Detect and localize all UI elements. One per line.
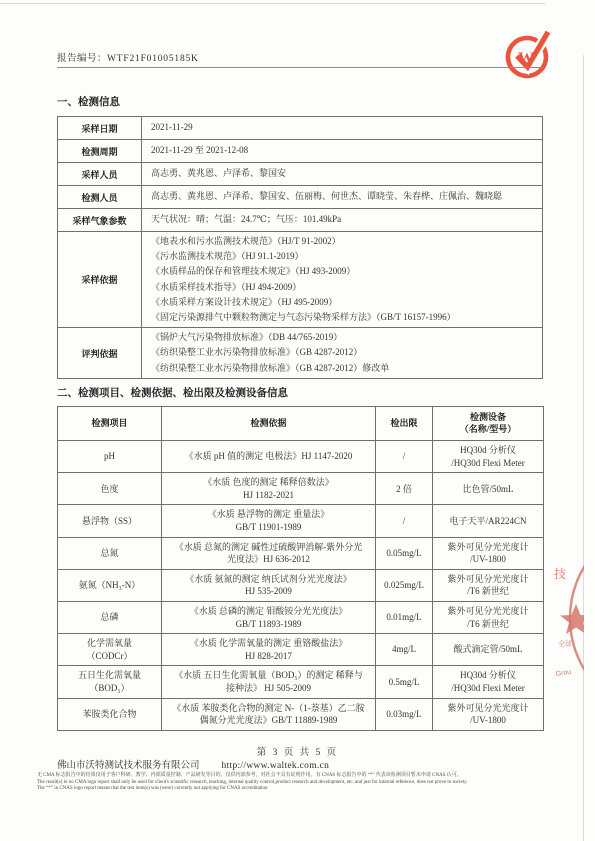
seal-char-top: 技 [554,566,566,581]
item-cell: 总氮 [58,537,162,569]
info-row: 采样气象参数天气状况：晴；气温：24.7℃；气压：101.49kPa [58,209,543,232]
info-value-cell: 2021-11-29 至 2021-12-08 [142,140,543,163]
info-label-cell: 采样人员 [58,163,142,186]
item-cell: pH [58,441,162,473]
item-cell: 悬浮物（SS） [58,505,162,537]
limit-cell: / [376,505,433,537]
method-cell: 《水质 氨氮的测定 纳氏试剂分光光度法》 HJ 535-2009 [162,569,376,601]
test-table-body: 检测项目 检测依据 检出限 检测设备 （名称/型号） pH《水质 pH 值的测定… [58,406,544,730]
header-method: 检测依据 [162,406,376,440]
limit-cell: 0.5mg/L [376,666,433,698]
section1-title: 一、检测信息 [57,94,543,109]
method-cell: 《水质 苯胺类化合物的测定 N-（1-萘基）乙二胺 偶氮分光光度法》GB/T 1… [162,698,376,730]
section2-title: 二、检测项目、检测依据、检出限及检测设备信息 [57,385,543,400]
company-seal-partial: 技 全球 Grou [550,542,584,694]
limit-cell: 2 倍 [376,473,433,505]
info-row: 检测人员高志勇、黄兆恩、卢泽希、黎国安、伍丽梅、何世杰、谭晓莹、朱春桦、庄佩治、… [58,186,543,209]
header-device: 检测设备 （名称/型号） [433,406,544,440]
header-item: 检测项目 [58,406,162,440]
scan-edge-top [0,3,545,4]
method-cell: 《水质 五日生化需氧量（BOD₅）的测定 稀释与 接种法》 HJ 505-200… [162,666,376,698]
test-row: 化学需氧量 （CODCr）《水质 化学需氧量的测定 重铬酸盐法》 HJ 828-… [58,634,544,666]
method-cell: 《水质 总氮的测定 碱性过硫酸钾消解-紫外分光 光度法》HJ 636-2012 [162,537,376,569]
info-row: 采样人员高志勇、黄兆恩、卢泽希、黎国安 [58,163,543,186]
item-cell: 色度 [58,473,162,505]
legal-fine-print: 无 CMA 标志报告中的结果仅用于客户科研、教学、内部质量控制、产品研发等目的，… [37,773,581,793]
limit-cell: 0.05mg/L [376,537,433,569]
device-cell: 紫外可见分光光度计 /T6 新世纪 [433,569,544,601]
scanned-report-page: { "header": { "report_no_label": "报告编号："… [0,0,595,841]
seal-text-bottom: Grou [555,669,571,678]
info-value-cell: 《锅炉大气污染物排放标准》（DB 44/765-2019） 《纺织染整工业水污染… [142,328,543,379]
item-cell: 氨氮（NH₃-N） [58,569,162,601]
limit-cell: 4mg/L [376,634,433,666]
seal-chars-mid: 全球 [558,639,572,648]
info-label-cell: 采样气象参数 [58,209,142,232]
method-cell: 《水质 总磷的测定 钼酸铵分光光度法》 GB/T 11893-1989 [162,601,376,633]
report-number-line: 报告编号：WTF21F01005185K [57,50,543,68]
device-cell: 紫外可见分光光度计 /UV-1800 [433,698,544,730]
info-label-cell: 采样日期 [58,117,142,140]
test-row: 苯胺类化合物《水质 苯胺类化合物的测定 N-（1-萘基）乙二胺 偶氮分光光度法》… [58,698,544,730]
limit-cell: 0.025mg/L [376,569,433,601]
item-cell: 五日生化需氧量 （BOD₅） [58,666,162,698]
info-value-cell: 高志勇、黄兆恩、卢泽希、黎国安、伍丽梅、何世杰、谭晓莹、朱春桦、庄佩治、魏晓聪 [142,186,543,209]
test-table-header-row: 检测项目 检测依据 检出限 检测设备 （名称/型号） [58,406,544,440]
page-content: 报告编号：WTF21F01005185K 一、检测信息 采样日期2021-11-… [57,50,543,731]
page-number: 第 3 页 共 5 页 [0,744,595,758]
method-cell: 《水质 色度的测定 稀释倍数法》 HJ 1182-2021 [162,473,376,505]
method-cell: 《水质 悬浮物的测定 重量法》 GB/T 11901-1989 [162,505,376,537]
footer-company-line: 佛山市沃特测试技术服务有限公司http://www.waltek.com.cn [57,757,329,771]
company-name: 佛山市沃特测试技术服务有限公司 [57,761,200,771]
item-cell: 总磷 [58,601,162,633]
test-row: 悬浮物（SS）《水质 悬浮物的测定 重量法》 GB/T 11901-1989/电… [58,505,544,537]
device-cell: 电子天平/AR224CN [433,505,544,537]
test-row: 总磷《水质 总磷的测定 钼酸铵分光光度法》 GB/T 11893-19890.0… [58,601,544,633]
device-cell: HQ30d 分析仪 /HQ30d Flexi Meter [433,441,544,473]
limit-cell: / [376,441,433,473]
device-cell: 紫外可见分光光度计 /UV-1800 [433,537,544,569]
seal-star-icon [560,604,584,634]
test-row: 氨氮（NH₃-N）《水质 氨氮的测定 纳氏试剂分光光度法》 HJ 535-200… [58,569,544,601]
info-value-cell: 高志勇、黄兆恩、卢泽希、黎国安 [142,163,543,186]
info-value-cell: 《地表水和污水监测技术规范》（HJ/T 91-2002） 《污水监测技术规范》（… [142,232,543,328]
info-value-cell: 天气状况：晴；气温：24.7℃；气压：101.49kPa [142,209,543,232]
limit-cell: 0.01mg/L [376,601,433,633]
limit-cell: 0.03mg/L [376,698,433,730]
report-number-label: 报告编号： [57,54,107,64]
test-row: 色度《水质 色度的测定 稀释倍数法》 HJ 1182-20212 倍比色管/50… [58,473,544,505]
info-row: 评判依据《锅炉大气污染物排放标准》（DB 44/765-2019） 《纺织染整工… [58,328,543,379]
header-limit: 检出限 [376,406,433,440]
test-row: 总氮《水质 总氮的测定 碱性过硫酸钾消解-紫外分光 光度法》HJ 636-201… [58,537,544,569]
device-cell: HQ30d 分析仪 /HQ30d Flexi Meter [433,666,544,698]
info-label-cell: 采样依据 [58,232,142,328]
info-row: 检测周期2021-11-29 至 2021-12-08 [58,140,543,163]
method-cell: 《水质 化学需氧量的测定 重铬酸盐法》 HJ 828-2017 [162,634,376,666]
device-cell: 酸式滴定管/50mL [433,634,544,666]
test-row: pH《水质 pH 值的测定 电极法》HJ 1147-2020/HQ30d 分析仪… [58,441,544,473]
test-row: 五日生化需氧量 （BOD₅）《水质 五日生化需氧量（BOD₅）的测定 稀释与 接… [58,666,544,698]
info-label-cell: 检测周期 [58,140,142,163]
device-cell: 紫外可见分光光度计 /T6 新世纪 [433,601,544,633]
info-label-cell: 评判依据 [58,328,142,379]
item-cell: 苯胺类化合物 [58,698,162,730]
method-cell: 《水质 pH 值的测定 电极法》HJ 1147-2020 [162,441,376,473]
info-row: 采样依据《地表水和污水监测技术规范》（HJ/T 91-2002） 《污水监测技术… [58,232,543,328]
report-number-value: WTF21F01005185K [107,54,199,64]
item-cell: 化学需氧量 （CODCr） [58,634,162,666]
scan-edge-right [583,55,584,841]
info-row: 采样日期2021-11-29 [58,117,543,140]
info-value-cell: 2021-11-29 [142,117,543,140]
test-table: 检测项目 检测依据 检出限 检测设备 （名称/型号） pH《水质 pH 值的测定… [57,406,544,731]
info-table-body: 采样日期2021-11-29检测周期2021-11-29 至 2021-12-0… [58,117,543,379]
info-label-cell: 检测人员 [58,186,142,209]
device-cell: 比色管/50mL [433,473,544,505]
company-url: http://www.waltek.com.cn [222,761,330,771]
info-table: 采样日期2021-11-29检测周期2021-11-29 至 2021-12-0… [57,116,543,379]
company-seal-icon: 技 全球 Grou [550,542,584,694]
